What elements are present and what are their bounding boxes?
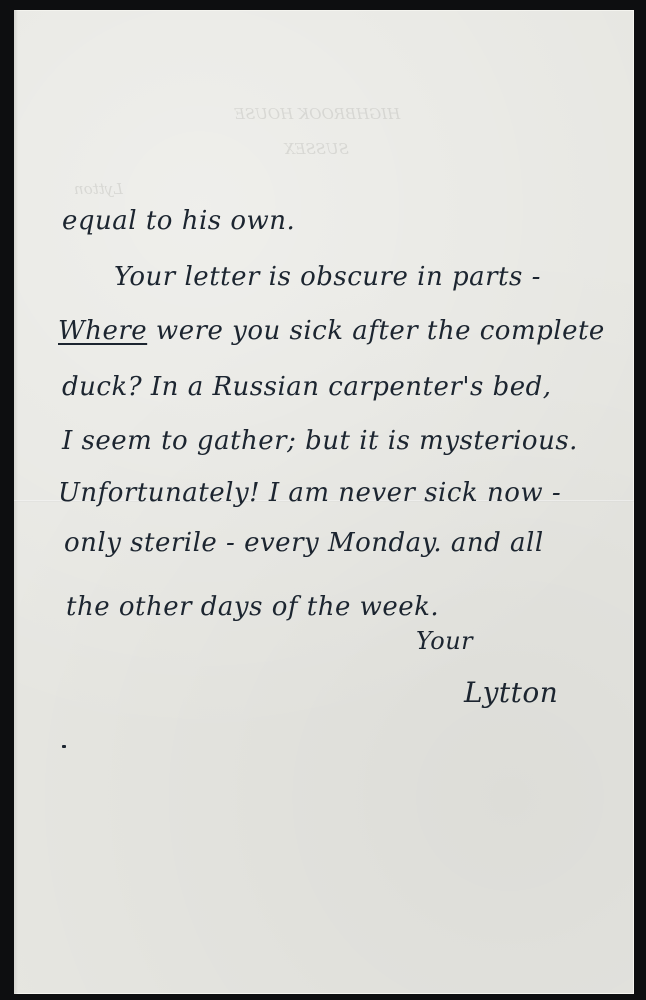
show-through-name: Lytton	[74, 180, 123, 198]
letter-line-6: Unfortunately! I am never sick now -	[58, 478, 561, 508]
letter-closing: Your	[416, 626, 473, 656]
show-through-heading: HIGHBROOK HOUSE	[234, 105, 400, 123]
letter-line-8: the other days of the week.	[66, 592, 439, 622]
show-through-subheading: SUSSEX	[284, 140, 349, 158]
page-edge	[14, 10, 18, 994]
letter-line-1: equal to his own.	[62, 206, 295, 236]
letter-line-2: Your letter is obscure in parts -	[114, 262, 541, 292]
ink-mark	[62, 745, 66, 748]
letter-line-7: only sterile - every Monday. and all	[64, 528, 544, 558]
letter-line-5: I seem to gather; but it is mysterious.	[62, 426, 578, 456]
letter-line-3-rest: were you sick after the complete	[147, 316, 605, 346]
letter-signature: Lytton	[464, 678, 558, 708]
letter-line-3: Where were you sick after the complete	[58, 316, 605, 346]
letter-line-4: duck? In a Russian carpenter's bed,	[62, 372, 552, 402]
letter-page: HIGHBROOK HOUSE SUSSEX Lytton equal to h…	[14, 10, 634, 994]
underlined-word: Where	[58, 316, 147, 346]
